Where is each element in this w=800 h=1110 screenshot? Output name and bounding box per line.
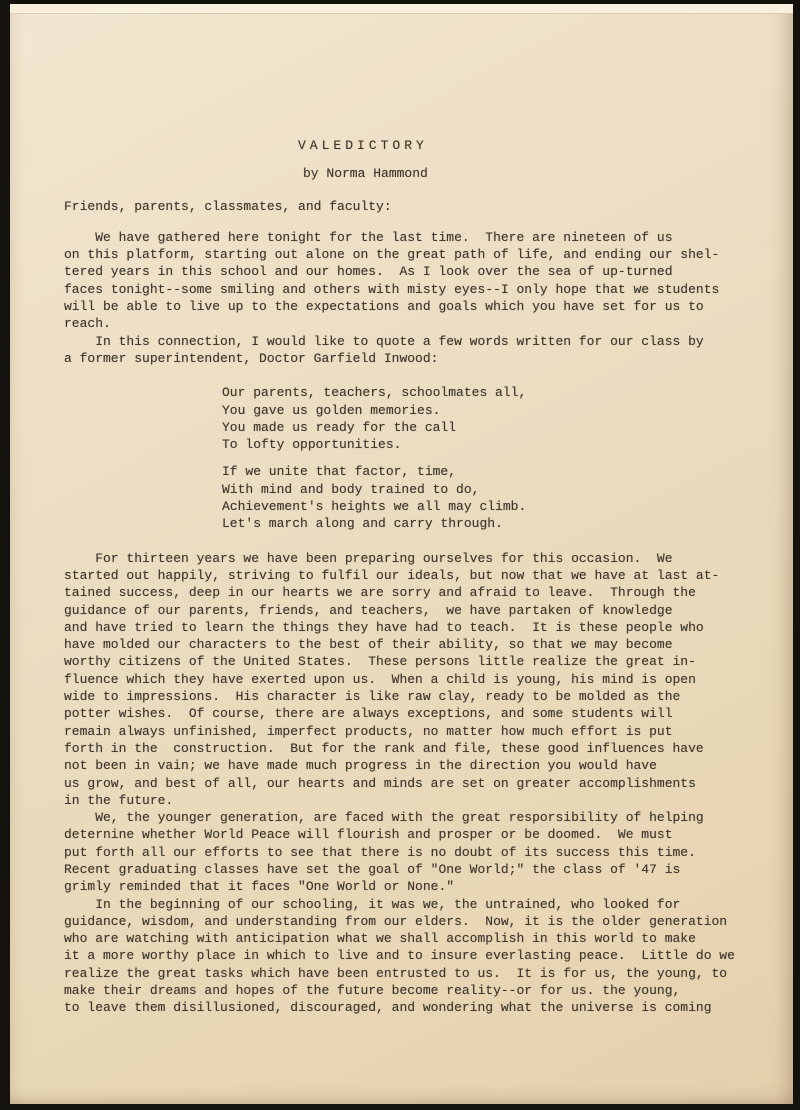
byline: by Norma Hammond [303,165,755,182]
poem-stanza-2: If we unite that factor, time,With mind … [222,463,755,532]
text-line: who are watching with anticipation what … [64,930,755,947]
text-line: guidance of our parents, friends, and te… [64,602,755,619]
text-line: started out happily, striving to fulfil … [64,567,755,584]
paragraph-3: For thirteen years we have been preparin… [64,550,755,809]
document-title: VALEDICTORY [298,137,755,154]
text-line: wide to impressions. His character is li… [64,688,755,705]
text-line: reach. [64,315,755,332]
paragraph-5: In the beginning of our schooling, it wa… [64,896,755,1017]
text-line: Let's march along and carry through. [222,515,755,532]
text-line: fluence which they have exerted upon us.… [64,671,755,688]
text-line: it a more worthy place in which to live … [64,947,755,964]
paragraph-2: In this connection, I would like to quot… [64,333,755,368]
poem-stanza-1: Our parents, teachers, schoolmates all,Y… [222,384,755,453]
paper: VALEDICTORY by Norma Hammond Friends, pa… [10,4,793,1104]
text-line: In the beginning of our schooling, it wa… [64,896,755,913]
text-line: put forth all our efforts to see that th… [64,844,755,861]
paragraph-4: We, the younger generation, are faced wi… [64,809,755,895]
text-line: With mind and body trained to do, [222,481,755,498]
text-line: deternine whether World Peace will flour… [64,826,755,843]
text-line: worthy citizens of the United States. Th… [64,653,755,670]
text-line: have molded our characters to the best o… [64,636,755,653]
text-line: tained success, deep in our hearts we ar… [64,584,755,601]
poem-quote: Our parents, teachers, schoolmates all,Y… [222,384,755,532]
text-line: us grow, and best of all, our hearts and… [64,775,755,792]
salutation: Friends, parents, classmates, and facult… [64,198,755,215]
text-line: on this platform, starting out alone on … [64,246,755,263]
text-line: In this connection, I would like to quot… [64,333,755,350]
text-line: realize the great tasks which have been … [64,965,755,982]
text-line: potter wishes. Of course, there are alwa… [64,705,755,722]
text-line: Achievement's heights we all may climb. [222,498,755,515]
typewritten-content: VALEDICTORY by Norma Hammond Friends, pa… [64,4,755,1017]
text-line: make their dreams and hopes of the futur… [64,982,755,999]
text-line: faces tonight--some smiling and others w… [64,281,755,298]
document-page: VALEDICTORY by Norma Hammond Friends, pa… [0,0,800,1110]
text-line: a former superintendent, Doctor Garfield… [64,350,755,367]
text-line: We, the younger generation, are faced wi… [64,809,755,826]
text-line: Recent graduating classes have set the g… [64,861,755,878]
text-line: will be able to live up to the expectati… [64,298,755,315]
text-line: guidance, wisdom, and understanding from… [64,913,755,930]
text-line: to leave them disillusioned, discouraged… [64,999,755,1016]
text-line: To lofty opportunities. [222,436,755,453]
text-line: Our parents, teachers, schoolmates all, [222,384,755,401]
text-line: If we unite that factor, time, [222,463,755,480]
text-line: We have gathered here tonight for the la… [64,229,755,246]
paragraph-1: We have gathered here tonight for the la… [64,229,755,333]
text-line: You made us ready for the call [222,419,755,436]
text-line: For thirteen years we have been preparin… [64,550,755,567]
text-line: grimly reminded that it faces "One World… [64,878,755,895]
text-line: in the future. [64,792,755,809]
text-line: tered years in this school and our homes… [64,263,755,280]
text-line: remain always unfinished, imperfect prod… [64,723,755,740]
text-line: You gave us golden memories. [222,402,755,419]
text-line: forth in the construction. But for the r… [64,740,755,757]
text-line: and have tried to learn the things they … [64,619,755,636]
text-line: not been in vain; we have made much prog… [64,757,755,774]
